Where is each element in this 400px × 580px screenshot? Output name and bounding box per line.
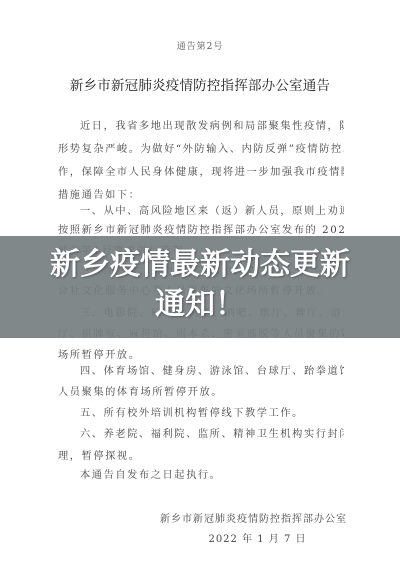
body-line: 人员聚集的体育场所暂停开放。 <box>58 386 344 400</box>
headline-line-1: 新乡疫情最新动态更新 <box>0 245 400 285</box>
headline-line-2: 通知！ <box>0 285 400 325</box>
body-line: 一、从中、高风险地区来（返）新人员，原则上劝返或 <box>80 205 344 219</box>
body-line: 本通告自发布之日起执行。 <box>80 469 344 483</box>
document-number: 通告第2号 <box>0 39 400 52</box>
body-line: 形势复杂严峻。为做好“外防输入、内防反弹”疫情防控工 <box>58 143 344 157</box>
signature-organization: 新乡市新冠肺炎疫情防控指挥部办公室 <box>160 510 345 525</box>
body-line: 作，保障全市人民身体健康，现将进一步加强我市疫情防控 <box>58 166 344 180</box>
body-line: 六、养老院、福利院、监所、精神卫生机构实行封闭管 <box>80 428 344 442</box>
body-line: 场所暂停开放。 <box>58 349 344 363</box>
body-line: 五、所有校外培训机构暂停线下教学工作。 <box>80 407 344 421</box>
body-line: 四、体育场馆、健身房、游泳馆、台球厅、跆拳道馆等 <box>80 365 344 379</box>
headline: 新乡疫情最新动态更新 通知！ <box>0 245 400 325</box>
body-line: 措施通告如下： <box>58 189 344 203</box>
body-line: 近日，我省多地出现散发病例和局部聚集性疫情，防控 <box>80 120 344 134</box>
document-title: 新乡市新冠肺炎疫情防控指挥部办公室通告 <box>0 74 400 94</box>
signature-date: 2022 年 1 月 7 日 <box>200 530 315 545</box>
body-line: 理，暂停探视。 <box>58 450 344 464</box>
